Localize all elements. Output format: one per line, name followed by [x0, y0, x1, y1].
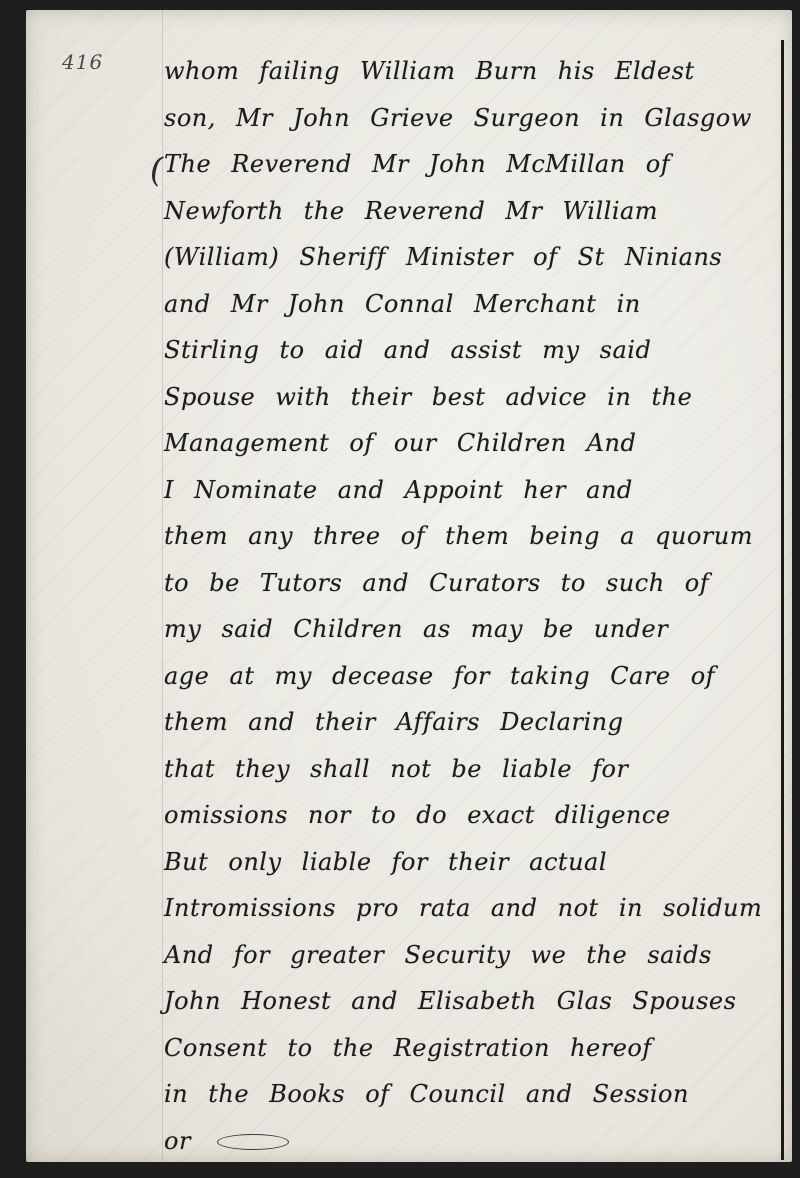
- text-line: in the Books of Council and Session: [164, 1071, 764, 1118]
- flourish-mark: [217, 1134, 289, 1150]
- page-edge-shadow: [781, 40, 784, 1160]
- text-line: that they shall not be liable for: [164, 746, 764, 793]
- scan-mount: 416 ( whom failing William Burn his Elde…: [0, 0, 800, 1178]
- text-line: age at my decease for taking Care of: [164, 653, 764, 700]
- handwritten-text-block: whom failing William Burn his Eldest son…: [164, 48, 764, 1164]
- text-line: Intromissions pro rata and not in solidu…: [164, 885, 764, 932]
- text-line: John Honest and Elisabeth Glas Spouses: [164, 978, 764, 1025]
- text-line: Management of our Children And: [164, 420, 764, 467]
- margin-rule: [162, 10, 163, 1162]
- text-line: Stirling to aid and assist my said: [164, 327, 764, 374]
- text-line: whom failing William Burn his Eldest: [164, 48, 764, 95]
- text-line-final: or: [164, 1118, 764, 1165]
- text-line: Newforth the Reverend Mr William: [164, 188, 764, 235]
- text-line: omissions nor to do exact diligence: [164, 792, 764, 839]
- folio-number: 416: [62, 50, 103, 74]
- text-line: Consent to the Registration hereof: [164, 1025, 764, 1072]
- text-line: The Reverend Mr John McMillan of: [164, 141, 764, 188]
- text-line: (William) Sheriff Minister of St Ninians: [164, 234, 764, 281]
- final-word: or: [164, 1127, 191, 1155]
- text-line: Spouse with their best advice in the: [164, 374, 764, 421]
- text-line: son, Mr John Grieve Surgeon in Glasgow: [164, 95, 764, 142]
- manuscript-page: 416 ( whom failing William Burn his Elde…: [26, 10, 792, 1162]
- text-line: them and their Affairs Declaring: [164, 699, 764, 746]
- text-line: and Mr John Connal Merchant in: [164, 281, 764, 328]
- text-line: them any three of them being a quorum: [164, 513, 764, 560]
- text-line: And for greater Security we the saids: [164, 932, 764, 979]
- text-line: But only liable for their actual: [164, 839, 764, 886]
- text-line: to be Tutors and Curators to such of: [164, 560, 764, 607]
- text-line: my said Children as may be under: [164, 606, 764, 653]
- text-line: I Nominate and Appoint her and: [164, 467, 764, 514]
